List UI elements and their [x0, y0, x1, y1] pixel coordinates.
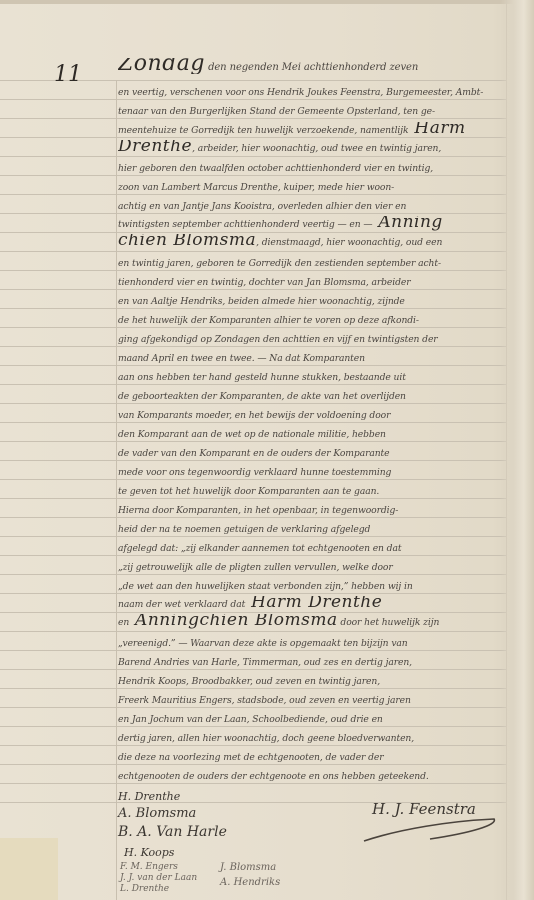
ruled-line	[0, 726, 506, 727]
signature-hendriks: A. Hendriks	[220, 877, 280, 888]
text-line: ging afgekondigd op Zondagen den achttie…	[118, 334, 506, 346]
text-line: Hierna door Komparanten, in het openbaar…	[118, 505, 506, 517]
text-line: de vader van den Komparant en de ouders …	[118, 448, 506, 460]
text-line: en Anningchien Blomsma door het huwelijk…	[118, 614, 506, 629]
ruled-line	[0, 764, 506, 765]
ruled-line	[0, 688, 506, 689]
text-line: achtig en van Jantje Jans Kooistra, over…	[118, 201, 506, 213]
ruled-line	[0, 308, 506, 309]
text-line: en van Aaltje Hendriks, beiden almede hi…	[118, 296, 506, 308]
ruled-line	[0, 517, 506, 518]
ruled-line	[0, 555, 506, 556]
signature-van-der-laan: J. J. van der Laan	[120, 873, 197, 883]
ruled-line	[0, 498, 506, 499]
text-line: tienhonderd vier en twintig, dochter van…	[118, 277, 506, 289]
ruled-line	[0, 213, 506, 214]
text-line: en Jan Jochum van der Laan, Schoolbedien…	[118, 714, 506, 726]
margin-rule	[116, 80, 117, 900]
ruled-line	[0, 118, 506, 119]
ruled-line	[0, 251, 506, 252]
signature-j-blomsma: J. Blomsma	[220, 862, 276, 873]
register-page: 11 Zondag den negenden Mei achttienhonde…	[0, 0, 534, 900]
text-line: dertig jaren, allen hier woonachtig, doc…	[118, 733, 506, 745]
ruled-line	[0, 175, 506, 176]
text-line: de geboorteakten der Komparanten, de akt…	[118, 391, 506, 403]
signature-van-harle: B. A. Van Harle	[118, 824, 227, 840]
ruled-line	[0, 270, 506, 271]
entry-number: 11	[54, 62, 82, 87]
text-line: heid der na te noemen getuigen de verkla…	[118, 524, 506, 536]
ruled-line	[0, 745, 506, 746]
text-line: „vereenigd.” — Waarvan deze akte is opge…	[118, 638, 506, 650]
signature-l-drenthe: L. Drenthe	[120, 884, 169, 894]
signature-engers: F. M. Engers	[120, 862, 178, 872]
text-line: den Komparant aan de wet op de nationale…	[118, 429, 506, 441]
ruled-line	[0, 137, 506, 138]
text-line: naam der wet verklaard dat Harm Drenthe	[118, 596, 506, 611]
ruled-line	[0, 460, 506, 461]
text-line: afgelegd dat: „zij elkander aannemen tot…	[118, 543, 506, 555]
text-line: die deze na voorlezing met de echtgenoot…	[118, 752, 506, 764]
ruled-line	[0, 536, 506, 537]
text-line: maand April en twee en twee. — Na dat Ko…	[118, 353, 506, 365]
ruled-line	[0, 612, 506, 613]
ruled-line	[0, 574, 506, 575]
ruled-line	[0, 422, 506, 423]
text-line: „de wet aan den huwelijken staat verbond…	[118, 581, 506, 593]
text-line: de het huwelijk der Komparanten alhier t…	[118, 315, 506, 327]
ruled-line	[0, 156, 506, 157]
signature-a-blomsma: A. Blomsma	[118, 806, 196, 821]
text-line: Zondag den negenden Mei achttienhonderd …	[118, 58, 506, 74]
text-line: en veertig, verschenen voor ons Hendrik …	[118, 87, 506, 99]
ruled-line	[0, 707, 506, 708]
text-line: zoon van Lambert Marcus Drenthe, kuiper,…	[118, 182, 506, 194]
ruled-line	[0, 403, 506, 404]
ruled-line	[0, 593, 506, 594]
text-line: Drenthe, arbeider, hier woonachtig, oud …	[118, 140, 506, 155]
text-line: twintigsten september achttienhonderd ve…	[118, 216, 506, 231]
ruled-line	[0, 631, 506, 632]
ruled-line	[0, 232, 506, 233]
text-line: echtgenooten de ouders der echtgenoote e…	[118, 771, 506, 783]
ruled-line	[0, 441, 506, 442]
ruled-line	[0, 783, 506, 784]
text-line: „zij getrouwelijk alle de pligten zullen…	[118, 562, 506, 574]
text-line: Barend Andries van Harle, Timmerman, oud…	[118, 657, 506, 669]
ruled-line	[0, 289, 506, 290]
signature-flourish-icon	[360, 815, 500, 845]
text-line: te geven tot het huwelijk door Komparant…	[118, 486, 506, 498]
ruled-line	[0, 346, 506, 347]
signature-koops: H. Koops	[124, 846, 174, 859]
signature-h-drenthe: H. Drenthe	[118, 790, 180, 803]
text-line: chien Blomsma, dienstmaagd, hier woonach…	[118, 234, 506, 249]
text-line: hier geboren den twaalfden october achtt…	[118, 163, 506, 175]
ruled-line	[0, 479, 506, 480]
text-line: Freerk Mauritius Engers, stadsbode, oud …	[118, 695, 506, 707]
ruled-line	[0, 650, 506, 651]
text-line: aan ons hebben ter hand gesteld hunne st…	[118, 372, 506, 384]
text-line: Hendrik Koops, Broodbakker, oud zeven en…	[118, 676, 506, 688]
ruled-line	[0, 99, 506, 100]
paper-stain	[0, 838, 58, 900]
ruled-line	[0, 669, 506, 670]
page-top-edge	[0, 0, 534, 4]
ruled-line	[0, 327, 506, 328]
text-line: van Komparants moeder, en het bewijs der…	[118, 410, 506, 422]
ruled-line	[0, 384, 506, 385]
text-line: mede voor ons tegenwoordig verklaard hun…	[118, 467, 506, 479]
ruled-line	[0, 194, 506, 195]
text-line: meentehuize te Gorredijk ten huwelijk ve…	[118, 122, 506, 137]
ruled-line	[0, 365, 506, 366]
text-line: en twintig jaren, geboren te Gorredijk d…	[118, 258, 506, 270]
text-line: tenaar van den Burgerlijken Stand der Ge…	[118, 106, 506, 118]
